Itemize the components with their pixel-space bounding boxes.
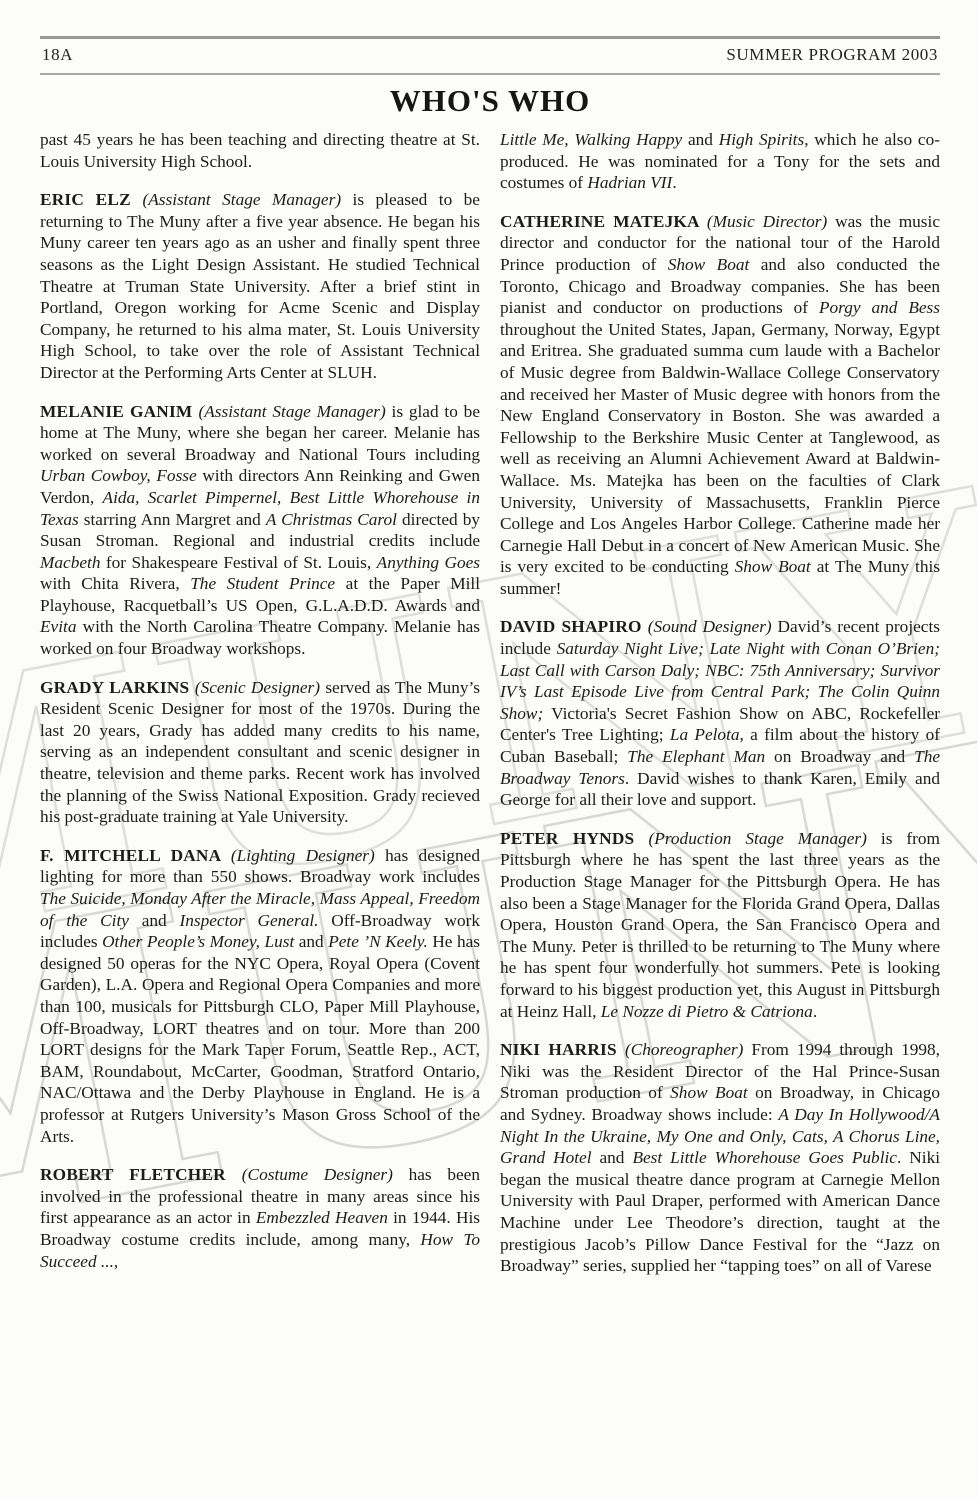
page-title: WHO'S WHO xyxy=(40,83,940,119)
text-segment: Embezzled Heaven xyxy=(256,1208,388,1227)
text-segment: ROBERT FLETCHER xyxy=(40,1165,242,1184)
text-segment: . xyxy=(672,173,676,192)
text-segment: Le Nozze di Pietro & Catriona xyxy=(601,1002,813,1021)
text-segment: CATHERINE MATEJKA xyxy=(500,212,707,231)
text-segment: and xyxy=(682,130,718,149)
program-page: MUNY MUNY 18A SUMMER PROGRAM 2003 WHO'S … xyxy=(0,0,977,1500)
text-segment: (Sound Designer) xyxy=(648,617,772,636)
text-segment: (Lighting Designer) xyxy=(231,846,375,865)
text-segment: (Production Stage Manager) xyxy=(649,829,867,848)
bio-robert-fletcher: ROBERT FLETCHER (Costume Designer) has b… xyxy=(40,1164,480,1272)
text-segment: Hadrian VII xyxy=(587,173,672,192)
text-segment: . xyxy=(813,1002,817,1021)
text-segment: is pleased to be returning to The Muny a… xyxy=(40,190,480,382)
text-segment: starring Ann Margret and xyxy=(79,510,266,529)
text-segment: (Assistant Stage Manager) xyxy=(198,402,385,421)
bio-continuation-left: past 45 years he has been teaching and d… xyxy=(40,129,480,172)
text-segment: A Christmas Carol xyxy=(266,510,397,529)
text-segment: High Spirits xyxy=(719,130,804,149)
program-title: SUMMER PROGRAM 2003 xyxy=(726,45,938,65)
text-segment: The Student Prince xyxy=(190,574,335,593)
bio-f-mitchell-dana: F. MITCHELL DANA (Lighting Designer) has… xyxy=(40,845,480,1147)
text-segment: (Assistant Stage Manager) xyxy=(143,190,342,209)
text-segment: , xyxy=(114,1252,118,1271)
text-segment: Show Boat xyxy=(668,255,750,274)
bio-peter-hynds: PETER HYNDS (Production Stage Manager) i… xyxy=(500,828,940,1022)
text-segment: (Costume Designer) xyxy=(242,1165,393,1184)
page-header: 18A SUMMER PROGRAM 2003 xyxy=(40,39,940,73)
column-right: Little Me, Walking Happy and High Spirit… xyxy=(500,129,940,1294)
bio-catherine-matejka: CATHERINE MATEJKA (Music Director) was t… xyxy=(500,211,940,600)
bio-eric-elz: ERIC ELZ (Assistant Stage Manager) is pl… xyxy=(40,189,480,383)
text-segment: PETER HYNDS xyxy=(500,829,649,848)
text-segment: Evita xyxy=(40,617,76,636)
bio-grady-larkins: GRADY LARKINS (Scenic Designer) served a… xyxy=(40,677,480,828)
text-segment: with the North Carolina Theatre Company.… xyxy=(40,617,480,658)
text-segment: Show Boat xyxy=(670,1083,748,1102)
text-segment: Best Little Whorehouse Goes Public xyxy=(632,1148,897,1167)
column-left: past 45 years he has been teaching and d… xyxy=(40,129,480,1294)
header-rule-top xyxy=(40,36,940,39)
bio-niki-harris: NIKI HARRIS (Choreographer) From 1994 th… xyxy=(500,1039,940,1277)
text-segment: on Broadway and xyxy=(765,747,914,766)
bio-david-shapiro: DAVID SHAPIRO (Sound Designer) David’s r… xyxy=(500,616,940,810)
text-segment: NIKI HARRIS xyxy=(500,1040,625,1059)
text-segment: Macbeth xyxy=(40,553,100,572)
text-segment: and xyxy=(592,1148,633,1167)
text-segment: The Elephant Man xyxy=(627,747,765,766)
text-segment: MELANIE GANIM xyxy=(40,402,198,421)
text-segment: ERIC ELZ xyxy=(40,190,143,209)
text-segment: Anything Goes xyxy=(377,553,480,572)
text-segment: (Scenic Designer) xyxy=(195,678,320,697)
bio-continuation-right: Little Me, Walking Happy and High Spirit… xyxy=(500,129,940,194)
text-segment: GRADY LARKINS xyxy=(40,678,195,697)
text-segment: DAVID SHAPIRO xyxy=(500,617,648,636)
page-number: 18A xyxy=(42,45,73,65)
text-segment: served as The Muny’s Resident Scenic Des… xyxy=(40,678,480,827)
text-segment: Urban Cowboy, Fosse xyxy=(40,466,197,485)
text-segment: throughout the United States, Japan, Ger… xyxy=(500,320,940,577)
bio-melanie-ganim: MELANIE GANIM (Assistant Stage Manager) … xyxy=(40,401,480,660)
bio-columns: past 45 years he has been teaching and d… xyxy=(40,129,940,1294)
text-segment: Little Me, Walking Happy xyxy=(500,130,682,149)
text-segment: He has designed 50 operas for the NYC Op… xyxy=(40,932,480,1145)
text-segment: for Shakespeare Festival of St. Louis, xyxy=(100,553,376,572)
text-segment: Inspector General. xyxy=(179,911,318,930)
text-segment: . Niki began the musical theatre dance p… xyxy=(500,1148,940,1275)
text-segment: Show Boat xyxy=(735,557,811,576)
text-segment: is from Pittsburgh where he has spent th… xyxy=(500,829,940,1021)
text-segment: F. MITCHELL DANA xyxy=(40,846,231,865)
text-segment: Other People’s Money, Lust xyxy=(102,932,294,951)
header-rule-bottom xyxy=(40,73,940,75)
text-segment: and xyxy=(129,911,180,930)
text-segment: (Music Director) xyxy=(707,212,827,231)
text-segment: past 45 years he has been teaching and d… xyxy=(40,130,480,171)
text-segment: Porgy and Bess xyxy=(819,298,940,317)
text-segment: with Chita Rivera, xyxy=(40,574,190,593)
text-segment: La Pelota xyxy=(670,725,740,744)
text-segment: Pete ’N Keely. xyxy=(328,932,428,951)
text-segment: (Choreographer) xyxy=(625,1040,743,1059)
text-segment: and xyxy=(294,932,328,951)
